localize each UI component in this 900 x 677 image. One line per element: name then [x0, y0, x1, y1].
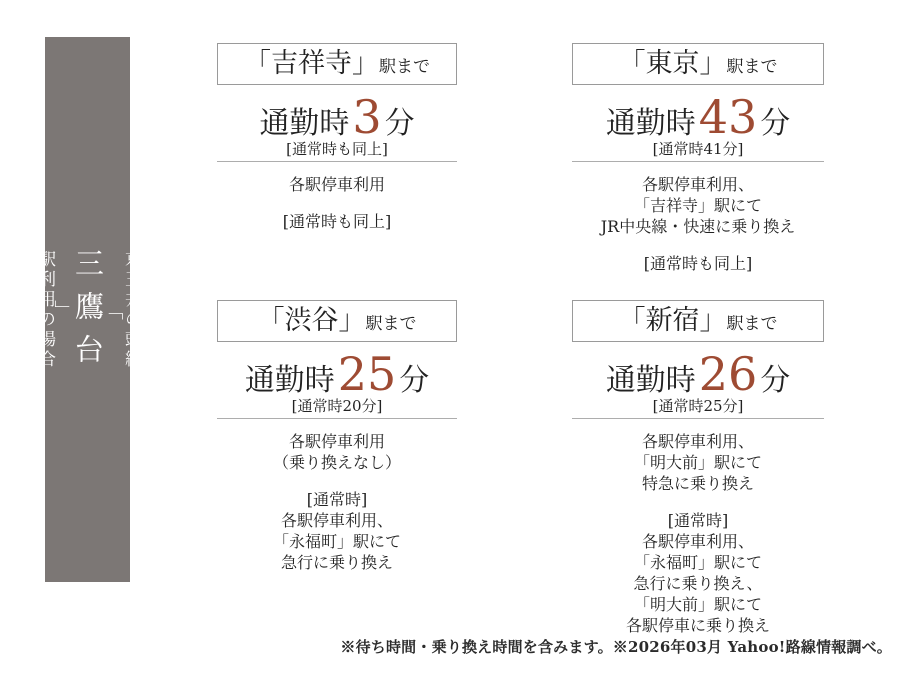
normal-time-note: [通常時も同上] [217, 140, 457, 158]
route-line: [通常時] [572, 510, 824, 531]
time-unit: 分 [385, 106, 415, 141]
time-prefix: 通勤時 [606, 363, 696, 398]
route-line: 「明大前」駅にて [572, 594, 824, 615]
open-bracket: ﹁ [102, 300, 122, 320]
route-description: 各駅停車利用、 「吉祥寺」駅にて JR中央線・快速に乗り換え [572, 174, 824, 237]
station-sidebar: 京王井の頭線 ﹁ 三鷹台 ﹂ 駅利用の場合 [45, 37, 130, 582]
time-prefix: 通勤時 [606, 106, 696, 141]
route-description: 各駅停車利用、 「明大前」駅にて 特急に乗り換え [572, 431, 824, 494]
station-name-box: 「渋谷」 駅まで [217, 300, 457, 342]
normal-time-note: [通常時41分] [572, 140, 824, 158]
route-description: 各駅停車利用 [217, 174, 457, 195]
time-value: 3 [352, 90, 381, 144]
route-line: 各駅停車利用 [217, 174, 457, 195]
normal-route-description: [通常時] 各駅停車利用、 「永福町」駅にて 急行に乗り換え、 「明大前」駅にて… [572, 510, 824, 636]
rail-line-name: 京王井の頭線 [122, 250, 139, 370]
route-line: [通常時も同上] [572, 253, 824, 274]
commute-time: 通勤時3分 [217, 94, 457, 140]
route-line: 「吉祥寺」駅にて [572, 195, 824, 216]
route-line: 各駅停車利用、 [572, 174, 824, 195]
card-shinjuku: 「新宿」 駅まで 通勤時26分 [通常時25分] 各駅停車利用、 「明大前」駅に… [572, 300, 824, 636]
route-line: （乗り換えなし） [217, 452, 457, 473]
route-line: 各駅停車利用、 [572, 531, 824, 552]
normal-route-description: [通常時も同上] [572, 253, 824, 274]
station-name-box: 「吉祥寺」 駅まで [217, 43, 457, 85]
home-station-name: 三鷹台 [73, 248, 102, 377]
commute-time: 通勤時43分 [572, 94, 824, 140]
divider-line [572, 418, 824, 419]
card-tokyo: 「東京」 駅まで 通勤時43分 [通常時41分] 各駅停車利用、 「吉祥寺」駅に… [572, 43, 824, 274]
access-infographic: 京王井の頭線 ﹁ 三鷹台 ﹂ 駅利用の場合 「吉祥寺」 駅まで 通勤時3分 [通… [0, 0, 900, 677]
station-suffix: 駅まで [379, 47, 430, 87]
route-line: 特急に乗り換え [572, 473, 824, 494]
time-value: 26 [699, 347, 758, 401]
sidebar-vertical-text: 京王井の頭線 ﹁ 三鷹台 ﹂ 駅利用の場合 [36, 242, 139, 377]
destination-station: 「渋谷」 [258, 301, 366, 341]
route-line: 「永福町」駅にて [572, 552, 824, 573]
normal-time-note: [通常時20分] [217, 397, 457, 415]
station-suffix: 駅まで [366, 304, 417, 344]
station-suffix: 駅まで [727, 304, 778, 344]
station-suffix: 駅まで [727, 47, 778, 87]
footnote-disclaimer: ※待ち時間・乗り換え時間を含みます。※2026年03月 Yahoo!路線情報調べ… [340, 636, 892, 657]
destination-station: 「東京」 [619, 44, 727, 84]
route-line: 急行に乗り換え [217, 552, 457, 573]
route-line: 急行に乗り換え、 [572, 573, 824, 594]
sidebar-suffix: 駅利用の場合 [36, 250, 53, 370]
time-value: 43 [699, 90, 758, 144]
time-value: 25 [338, 347, 397, 401]
card-shibuya: 「渋谷」 駅まで 通勤時25分 [通常時20分] 各駅停車利用 （乗り換えなし）… [217, 300, 457, 573]
destination-station: 「新宿」 [619, 301, 727, 341]
time-unit: 分 [399, 363, 429, 398]
route-line: JR中央線・快速に乗り換え [572, 216, 824, 237]
route-description: 各駅停車利用 （乗り換えなし） [217, 431, 457, 473]
normal-route-description: [通常時] 各駅停車利用、 「永福町」駅にて 急行に乗り換え [217, 489, 457, 573]
route-line: 「永福町」駅にて [217, 531, 457, 552]
time-unit: 分 [760, 106, 790, 141]
station-name-box: 「東京」 駅まで [572, 43, 824, 85]
time-prefix: 通勤時 [259, 106, 349, 141]
route-line: 各駅停車利用、 [572, 431, 824, 452]
time-unit: 分 [760, 363, 790, 398]
station-name-box: 「新宿」 駅まで [572, 300, 824, 342]
commute-time: 通勤時26分 [572, 351, 824, 397]
destination-station: 「吉祥寺」 [244, 44, 379, 84]
route-line: 「明大前」駅にて [572, 452, 824, 473]
normal-route-description: [通常時も同上] [217, 211, 457, 232]
close-bracket: ﹂ [53, 300, 73, 320]
divider-line [217, 418, 457, 419]
route-line: [通常時も同上] [217, 211, 457, 232]
divider-line [572, 161, 824, 162]
divider-line [217, 161, 457, 162]
card-kichijoji: 「吉祥寺」 駅まで 通勤時3分 [通常時も同上] 各駅停車利用 [通常時も同上] [217, 43, 457, 232]
route-line: 各駅停車利用 [217, 431, 457, 452]
route-line: [通常時] [217, 489, 457, 510]
route-line: 各駅停車利用、 [217, 510, 457, 531]
route-line: 各駅停車に乗り換え [572, 615, 824, 636]
commute-time: 通勤時25分 [217, 351, 457, 397]
time-prefix: 通勤時 [245, 363, 335, 398]
normal-time-note: [通常時25分] [572, 397, 824, 415]
